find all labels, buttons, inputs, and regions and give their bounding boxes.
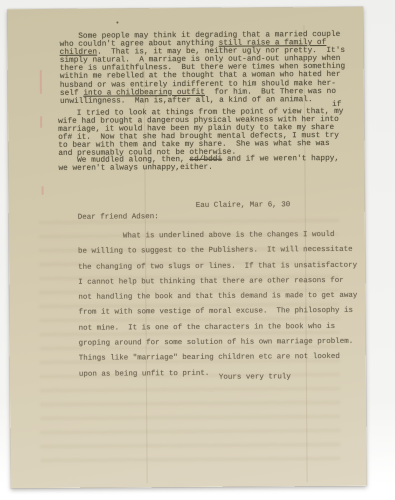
excerpt-paragraph-2: I tried to look at things from the point…: [58, 108, 344, 159]
paper-edge-stain: [40, 70, 42, 94]
paper-edge-stain: [42, 186, 44, 195]
letter-page: Some people may think it degrading that …: [7, 7, 366, 488]
paper-edge-stain: [40, 116, 42, 128]
stray-period-mark: [116, 21, 118, 23]
excerpt-paragraph-3: We muddled along, then, sd/bddi and if w…: [58, 155, 339, 173]
typed-line: we weren't always unhappy,either.: [58, 163, 339, 173]
dateline: Eau Claire, Mar 6, 30: [196, 201, 291, 210]
typed-line: unwillingness. Man is,after all, a kind …: [60, 96, 345, 106]
ink-showthrough: [39, 219, 341, 473]
excerpt-paragraph-1: Some people may think it degrading that …: [59, 31, 345, 106]
